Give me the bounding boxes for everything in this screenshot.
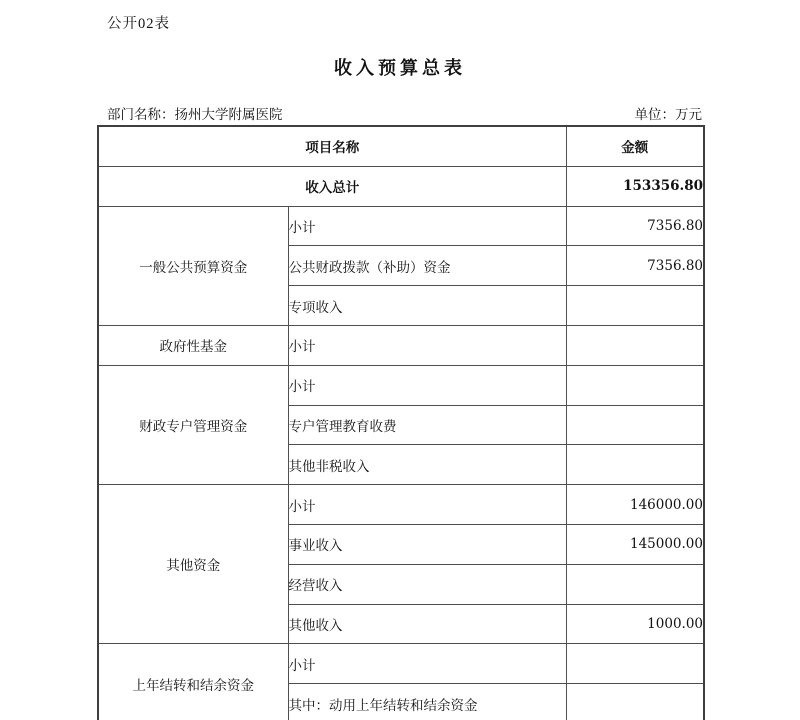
item-amount-cell: 145000.00 xyxy=(566,524,704,564)
item-amount-cell xyxy=(566,684,704,720)
item-amount-cell xyxy=(566,365,704,405)
total-label-cell: 收入总计 xyxy=(98,166,566,206)
table-row: 一般公共预算资金 小计 7356.80 xyxy=(98,206,704,246)
item-amount-cell xyxy=(566,405,704,445)
item-amount-cell xyxy=(566,564,704,604)
total-row: 收入总计 153356.80 xyxy=(98,166,704,206)
item-amount-cell: 7356.80 xyxy=(566,206,704,246)
header-name-cell: 项目名称 xyxy=(98,126,566,166)
item-amount-cell: 1000.00 xyxy=(566,604,704,644)
item-amount-cell: 146000.00 xyxy=(566,485,704,525)
table-row: 其他资金 小计 146000.00 xyxy=(98,485,704,525)
item-name-cell: 专项收入 xyxy=(288,286,566,326)
table-row: 上年结转和结余资金 小计 xyxy=(98,644,704,684)
item-amount-cell xyxy=(566,445,704,485)
item-name-cell: 小计 xyxy=(288,206,566,246)
department-name-label: 部门名称：扬州大学附属医院 xyxy=(107,103,283,123)
item-name-cell: 专户管理教育收费 xyxy=(288,405,566,445)
item-name-cell: 公共财政拨款（补助）资金 xyxy=(288,246,566,286)
page-title: 收入预算总表 xyxy=(0,54,800,80)
item-amount-cell xyxy=(566,325,704,365)
item-name-cell: 小计 xyxy=(288,365,566,405)
table-header-row: 项目名称 金额 xyxy=(98,126,704,166)
category-cell: 其他资金 xyxy=(98,485,288,644)
item-name-cell: 小计 xyxy=(288,485,566,525)
item-name-cell: 其他收入 xyxy=(288,604,566,644)
category-cell: 上年结转和结余资金 xyxy=(98,644,288,720)
item-name-cell: 经营收入 xyxy=(288,564,566,604)
table-row: 财政专户管理资金 小计 xyxy=(98,365,704,405)
item-name-cell: 小计 xyxy=(288,325,566,365)
item-name-cell: 其他非税收入 xyxy=(288,445,566,485)
item-amount-cell xyxy=(566,644,704,684)
item-amount-cell: 7356.80 xyxy=(566,246,704,286)
unit-label: 单位：万元 xyxy=(635,103,703,123)
form-number-label: 公开02表 xyxy=(107,12,170,33)
category-cell: 财政专户管理资金 xyxy=(98,365,288,484)
category-cell: 政府性基金 xyxy=(98,325,288,365)
document-page: 公开02表 收入预算总表 部门名称：扬州大学附属医院 单位：万元 项目名称 金额… xyxy=(0,0,800,720)
category-cell: 一般公共预算资金 xyxy=(98,206,288,325)
item-name-cell: 小计 xyxy=(288,644,566,684)
item-name-cell: 其中：动用上年结转和结余资金 xyxy=(288,684,566,720)
total-amount-cell: 153356.80 xyxy=(566,166,704,206)
table-row: 政府性基金 小计 xyxy=(98,325,704,365)
income-budget-table: 项目名称 金额 收入总计 153356.80 一般公共预算资金 小计 7356.… xyxy=(97,125,705,720)
item-name-cell: 事业收入 xyxy=(288,524,566,564)
header-amount-cell: 金额 xyxy=(566,126,704,166)
item-amount-cell xyxy=(566,286,704,326)
